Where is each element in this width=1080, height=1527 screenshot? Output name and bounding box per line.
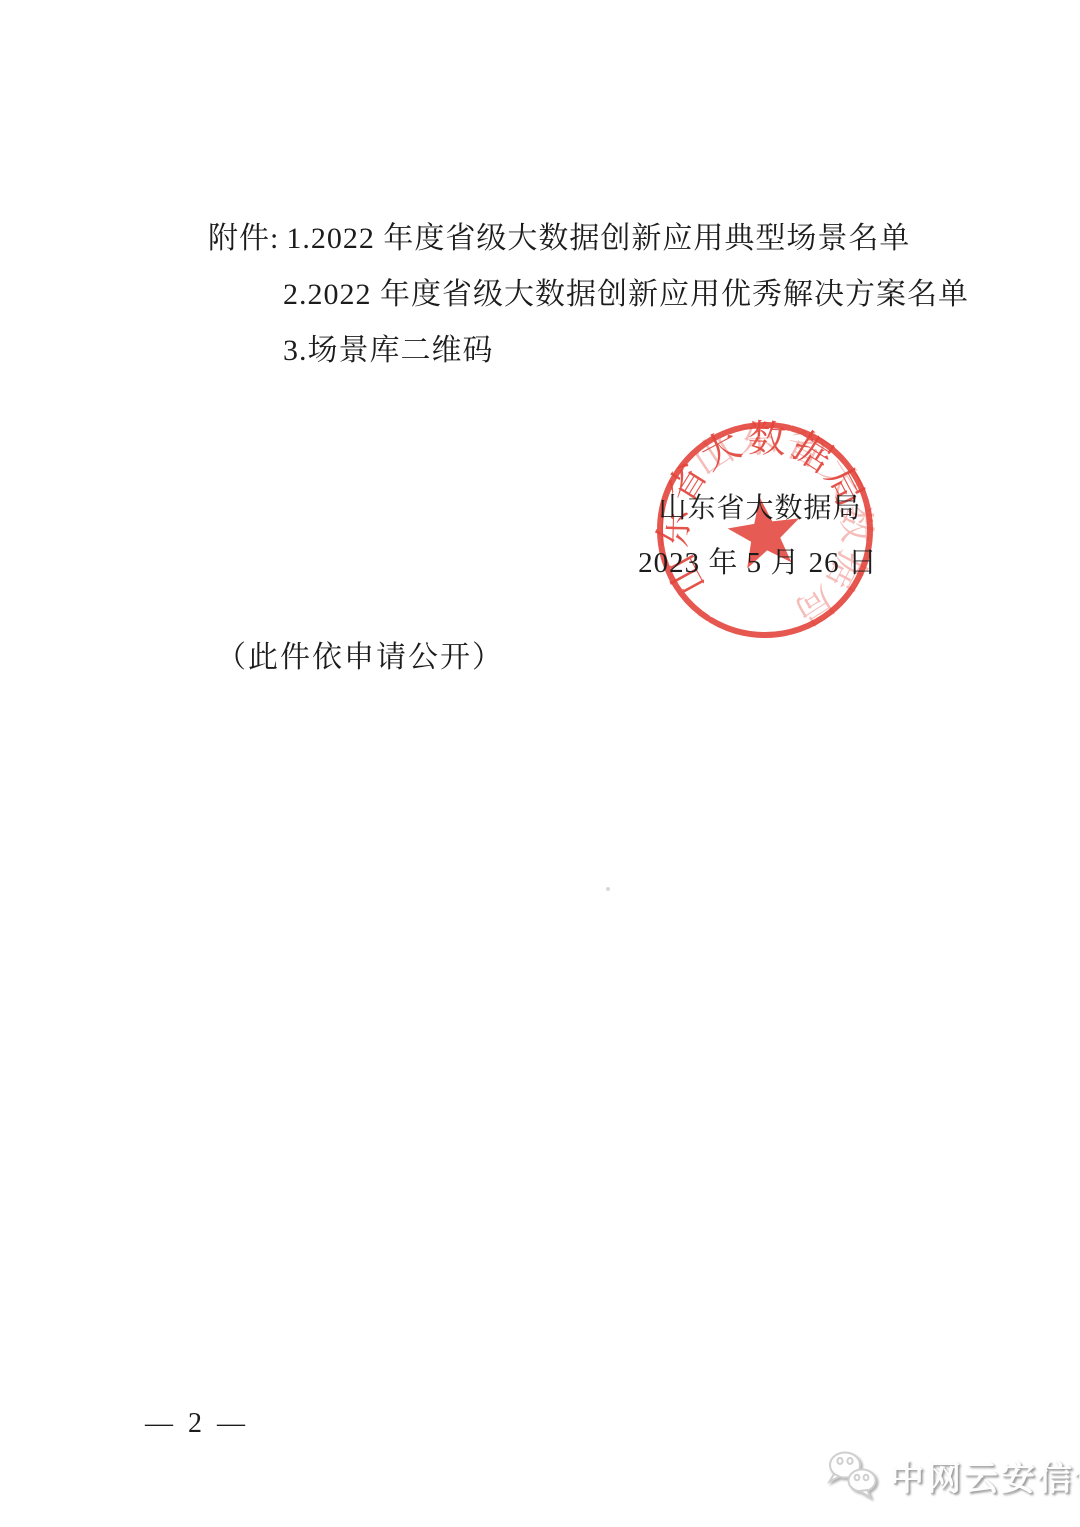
attachment-line-1: 附件:1.2022 年度省级大数据创新应用典型场景名单	[208, 211, 969, 267]
attachment-label: 附件:	[208, 222, 279, 255]
attachment-item-1: 1.2022 年度省级大数据创新应用典型场景名单	[286, 222, 910, 255]
attachment-line-2: 2.2022 年度省级大数据创新应用优秀解决方案名单	[208, 267, 969, 323]
attachment-list: 附件:1.2022 年度省级大数据创新应用典型场景名单 2.2022 年度省级大…	[208, 211, 969, 379]
document-page: 附件:1.2022 年度省级大数据创新应用典型场景名单 2.2022 年度省级大…	[0, 0, 1080, 1527]
scan-speck	[606, 887, 610, 891]
attachment-item-3: 3.场景库二维码	[283, 334, 494, 367]
official-seal: 山东省大数据局 山东省大数据局	[653, 418, 877, 642]
watermark-text: 中网云安信创	[890, 1451, 1080, 1500]
wechat-icon	[826, 1450, 880, 1500]
seal-graphic: 山东省大数据局 山东省大数据局	[653, 418, 877, 642]
attachment-item-2: 2.2022 年度省级大数据创新应用优秀解决方案名单	[283, 278, 969, 311]
signature-date: 2023 年 5 月 26 日	[628, 540, 888, 581]
disclosure-note: （此件依申请公开）	[216, 632, 504, 676]
attachment-line-3: 3.场景库二维码	[208, 323, 969, 379]
footer-watermark: 中网云安信创	[826, 1450, 1080, 1500]
signature-agency: 山东省大数据局	[640, 486, 880, 526]
page-number: — 2 —	[145, 1408, 249, 1440]
